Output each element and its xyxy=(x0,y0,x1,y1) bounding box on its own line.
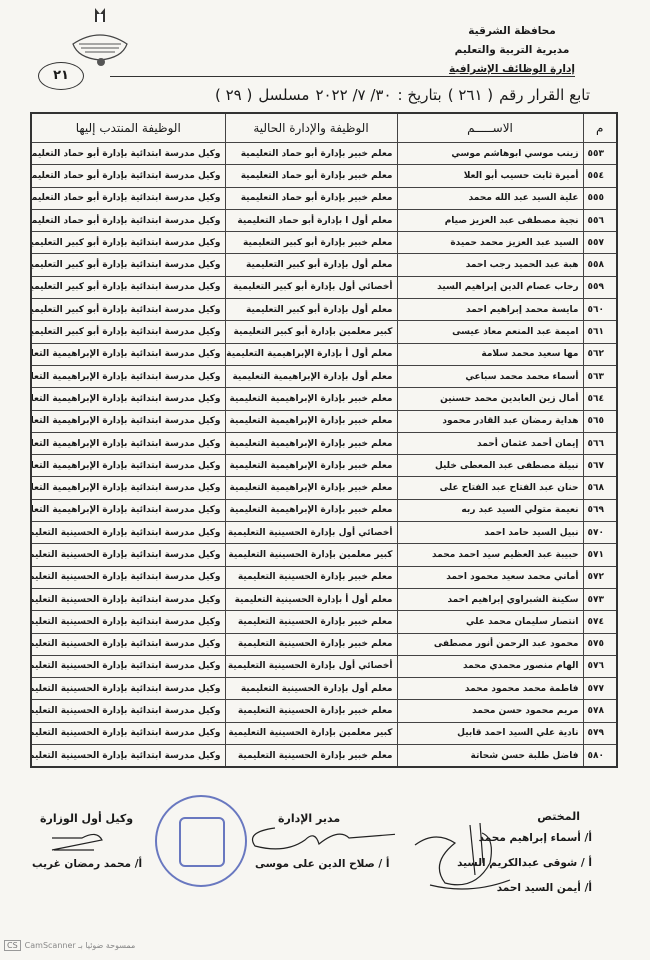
row-number: ٥٦٣ xyxy=(583,365,617,387)
camscanner-text: CamScanner ممسوحة ضوئيا بـ xyxy=(25,941,136,950)
date-label: بتاريخ : xyxy=(398,86,442,104)
column-header-target-job: الوظيفة المنتدب إليها xyxy=(31,113,225,143)
employee-name: نجية مصطفى عبد العزيز صيام xyxy=(397,209,583,231)
assigned-position: وكيل مدرسة ابتدائية بإدارة أبو حماد التع… xyxy=(31,187,225,209)
current-position: معلم أول بإدارة الإبراهيمية التعليمية xyxy=(225,365,397,387)
row-number: ٥٥٤ xyxy=(583,165,617,187)
row-number: ٥٦٤ xyxy=(583,388,617,410)
assigned-position: وكيل مدرسة ابتدائية بإدارة الحسينية التع… xyxy=(31,722,225,744)
table-row: ٥٦٢مها سعيد محمد سلامةمعلم أول أ بإدارة … xyxy=(31,343,617,365)
table-row: ٥٥٨هبة عبد الحميد رجب احمدمعلم أول بإدار… xyxy=(31,254,617,276)
employee-name: مريم محمود حسن محمد xyxy=(397,700,583,722)
table-row: ٥٥٧السيد عبد العزيز محمد حميدةمعلم خبير … xyxy=(31,232,617,254)
row-number: ٥٦٠ xyxy=(583,299,617,321)
current-position: معلم خبير بإدارة الحسينية التعليمية xyxy=(225,633,397,655)
current-position: أخصائي أول بإدارة أبو كبير التعليمية xyxy=(225,276,397,298)
assigned-position: وكيل مدرسة ابتدائية بإدارة الحسينية التع… xyxy=(31,745,225,768)
assigned-position: وكيل مدرسة ابتدائية بإدارة أبو حماد التع… xyxy=(31,165,225,187)
row-number: ٥٥٣ xyxy=(583,143,617,165)
employee-name: الهام منصور محمدي محمد xyxy=(397,655,583,677)
table-row: ٥٦٧نبيلة مصطفى عبد المعطى خليلمعلم خبير … xyxy=(31,455,617,477)
assigned-position: وكيل مدرسة ابتدائية بإدارة الحسينية التع… xyxy=(31,678,225,700)
current-position: أخصائي أول بإدارة الحسينية التعليمية xyxy=(225,522,397,544)
row-number: ٥٨٠ xyxy=(583,745,617,768)
assigned-position: وكيل مدرسة ابتدائية بإدارة الحسينية التع… xyxy=(31,588,225,610)
row-number: ٥٦٨ xyxy=(583,477,617,499)
assignments-table: م الاســـــم الوظيفة والإدارة الحالية ال… xyxy=(30,112,618,768)
table-row: ٥٥٥علية السيد عبد الله محمدمعلم خبير بإد… xyxy=(31,187,617,209)
employee-name: أمال زين العابدين محمد حسنين xyxy=(397,388,583,410)
table-row: ٥٦٥هداية رمضان عبد القادر محمودمعلم خبير… xyxy=(31,410,617,432)
current-position: معلم خبير بإدارة الإبراهيمية التعليمية xyxy=(225,432,397,454)
table-row: ٥٥٣زينب موسي ابوهاشم موسيمعلم خبير بإدار… xyxy=(31,143,617,165)
serial-label: مسلسل xyxy=(258,86,309,104)
employee-name: أميرة ثابت حسيب أبو العلا xyxy=(397,165,583,187)
employee-name: مها سعيد محمد سلامة xyxy=(397,343,583,365)
column-header-current-job: الوظيفة والإدارة الحالية xyxy=(225,113,397,143)
assigned-position: وكيل مدرسة ابتدائية بإدارة الإبراهيمية ا… xyxy=(31,499,225,521)
assigned-position: وكيل مدرسة ابتدائية بإدارة الإبراهيمية ا… xyxy=(31,432,225,454)
employee-name: نادية علي السيد احمد قابيل xyxy=(397,722,583,744)
decision-date: ٣٠/ ٧/ ٢٠٢٢ xyxy=(315,86,391,104)
page-number: ٢١ xyxy=(38,62,84,90)
undersecretary-title: وكيل أول الوزارة xyxy=(40,812,133,825)
table-row: ٥٦١اميمة عبد المنعم معاذ عيسىكبير معلمين… xyxy=(31,321,617,343)
row-number: ٥٦٥ xyxy=(583,410,617,432)
current-position: أخصائي أول بإدارة الحسينية التعليمية xyxy=(225,655,397,677)
table-row: ٥٧٩نادية علي السيد احمد قابيلكبير معلمين… xyxy=(31,722,617,744)
assigned-position: وكيل مدرسة ابتدائية بإدارة أبو كبير التع… xyxy=(31,254,225,276)
row-number: ٥٧٨ xyxy=(583,700,617,722)
employee-name: هداية رمضان عبد القادر محمود xyxy=(397,410,583,432)
table-row: ٥٧٣سكينة الشبراوي إبراهيم احمدمعلم أول أ… xyxy=(31,588,617,610)
employee-name: مايسة محمد إبراهيم احمد xyxy=(397,299,583,321)
employee-name: اميمة عبد المنعم معاذ عيسى xyxy=(397,321,583,343)
row-number: ٥٥٨ xyxy=(583,254,617,276)
current-position: معلم خبير بإدارة الحسينية التعليمية xyxy=(225,745,397,768)
employee-name: رحاب عصام الدين إبراهيم السيد xyxy=(397,276,583,298)
table-row: ٥٧٥محمود عبد الرحمن أنور مصطفىمعلم خبير … xyxy=(31,633,617,655)
row-number: ٥٥٥ xyxy=(583,187,617,209)
assigned-position: وكيل مدرسة ابتدائية بإدارة أبو كبير التع… xyxy=(31,232,225,254)
row-number: ٥٧١ xyxy=(583,544,617,566)
table-row: ٥٦٣أسماء محمد محمد سباعيمعلم أول بإدارة … xyxy=(31,365,617,387)
row-number: ٥٥٦ xyxy=(583,209,617,231)
assigned-position: وكيل مدرسة ابتدائية بإدارة الإبراهيمية ا… xyxy=(31,477,225,499)
undersecretary-name: أ/ محمد رمضان غريب xyxy=(32,858,142,870)
employee-name: إيمان أحمد عثمان أحمد xyxy=(397,432,583,454)
employee-name: نبيل السيد حامد احمد xyxy=(397,522,583,544)
assigned-position: وكيل مدرسة ابتدائية بإدارة الحسينية التع… xyxy=(31,700,225,722)
employee-name: حبيبة عبد العظيم سيد احمد محمد xyxy=(397,544,583,566)
specialist-title: المختص xyxy=(537,810,580,823)
table-row: ٥٦٦إيمان أحمد عثمان أحمدمعلم خبير بإدارة… xyxy=(31,432,617,454)
header-divider xyxy=(110,76,575,77)
table-row: ٥٥٩رحاب عصام الدين إبراهيم السيدأخصائي أ… xyxy=(31,276,617,298)
table-row: ٥٧٨مريم محمود حسن محمدمعلم خبير بإدارة ا… xyxy=(31,700,617,722)
table-header-row: م الاســـــم الوظيفة والإدارة الحالية ال… xyxy=(31,113,617,143)
official-stamp-icon xyxy=(155,795,247,887)
table-row: ٥٧٦الهام منصور محمدي محمدأخصائي أول بإدا… xyxy=(31,655,617,677)
employee-name: انتصار سليمان محمد علي xyxy=(397,611,583,633)
employee-name: محمود عبد الرحمن أنور مصطفى xyxy=(397,633,583,655)
assigned-position: وكيل مدرسة ابتدائية بإدارة الحسينية التع… xyxy=(31,655,225,677)
current-position: معلم خبير بإدارة الحسينية التعليمية xyxy=(225,700,397,722)
row-number: ٥٧٧ xyxy=(583,678,617,700)
current-position: معلم خبير بإدارة الإبراهيمية التعليمية xyxy=(225,410,397,432)
table-row: ٥٦٩نعيمة متولي السيد عبد ربهمعلم خبير بإ… xyxy=(31,499,617,521)
letterhead-governorate: محافظة الشرقية xyxy=(449,22,575,41)
column-header-number: م xyxy=(583,113,617,143)
assigned-position: وكيل مدرسة ابتدائية بإدارة الحسينية التع… xyxy=(31,522,225,544)
current-position: معلم خبير بإدارة أبو حماد التعليمية xyxy=(225,187,397,209)
table-row: ٥٧١حبيبة عبد العظيم سيد احمد محمدكبير مع… xyxy=(31,544,617,566)
assigned-position: وكيل مدرسة ابتدائية بإدارة أبو كبير التع… xyxy=(31,276,225,298)
assigned-position: وكيل مدرسة ابتدائية بإدارة أبو حماد التع… xyxy=(31,143,225,165)
current-position: معلم خبير بإدارة الإبراهيمية التعليمية xyxy=(225,499,397,521)
current-position: معلم أول ا بإدارة أبو حماد التعليمية xyxy=(225,209,397,231)
table-row: ٥٧٢أماني محمد سعيد محمود احمدمعلم خبير ب… xyxy=(31,566,617,588)
current-position: معلم خبير بإدارة الإبراهيمية التعليمية xyxy=(225,455,397,477)
assigned-position: وكيل مدرسة ابتدائية بإدارة الحسينية التع… xyxy=(31,566,225,588)
table-row: ٥٨٠فاضل طلبة حسن شحاتةمعلم خبير بإدارة ا… xyxy=(31,745,617,768)
assigned-position: وكيل مدرسة ابتدائية بإدارة الإبراهيمية ا… xyxy=(31,388,225,410)
row-number: ٥٧٦ xyxy=(583,655,617,677)
employee-name: أسماء محمد محمد سباعي xyxy=(397,365,583,387)
current-position: كبير معلمين بإدارة أبو كبير التعليمية xyxy=(225,321,397,343)
row-number: ٥٦٩ xyxy=(583,499,617,521)
row-number: ٥٧٤ xyxy=(583,611,617,633)
letterhead-directorate: مديرية التربية والتعليم xyxy=(449,41,575,60)
director-name: أ / صلاح الدين على موسى xyxy=(255,858,390,870)
letterhead: محافظة الشرقية مديرية التربية والتعليم إ… xyxy=(449,22,575,79)
director-signature-icon xyxy=(245,822,395,858)
assigned-position: وكيل مدرسة ابتدائية بإدارة الإبراهيمية ا… xyxy=(31,410,225,432)
serial-number: ( ٢٩ ) xyxy=(215,86,252,104)
current-position: معلم خبير بإدارة الإبراهيمية التعليمية xyxy=(225,477,397,499)
employee-name: فاطمة محمد محمود محمد xyxy=(397,678,583,700)
table-row: ٥٦٤أمال زين العابدين محمد حسنينمعلم خبير… xyxy=(31,388,617,410)
employee-name: نعيمة متولي السيد عبد ربه xyxy=(397,499,583,521)
row-number: ٥٧٣ xyxy=(583,588,617,610)
current-position: معلم أول بإدارة الحسينية التعليمية xyxy=(225,678,397,700)
specialist-signature-icon xyxy=(410,815,520,900)
current-position: معلم أول أ بإدارة الإبراهيمية التعليمية xyxy=(225,343,397,365)
table-row: ٥٥٦نجية مصطفى عبد العزيز صياممعلم أول ا … xyxy=(31,209,617,231)
document-page: محافظة الشرقية مديرية التربية والتعليم إ… xyxy=(0,0,650,960)
table-row: ٥٧٠نبيل السيد حامد احمدأخصائي أول بإدارة… xyxy=(31,522,617,544)
current-position: معلم أول بإدارة أبو كبير التعليمية xyxy=(225,299,397,321)
assigned-position: وكيل مدرسة ابتدائية بإدارة أبو كبير التع… xyxy=(31,299,225,321)
row-number: ٥٧٢ xyxy=(583,566,617,588)
current-position: كبير معلمين بإدارة الحسينية التعليمية xyxy=(225,722,397,744)
row-number: ٥٧٠ xyxy=(583,522,617,544)
column-header-name: الاســـــم xyxy=(397,113,583,143)
current-position: معلم خبير بإدارة الحسينية التعليمية xyxy=(225,566,397,588)
employee-name: أماني محمد سعيد محمود احمد xyxy=(397,566,583,588)
current-position: معلم أول بإدارة أبو كبير التعليمية xyxy=(225,254,397,276)
current-position: معلم خبير بإدارة أبو كبير التعليمية xyxy=(225,232,397,254)
assigned-position: وكيل مدرسة ابتدائية بإدارة الإبراهيمية ا… xyxy=(31,343,225,365)
employee-name: فاضل طلبة حسن شحاتة xyxy=(397,745,583,768)
current-position: معلم خبير بإدارة الإبراهيمية التعليمية xyxy=(225,388,397,410)
current-position: معلم أول أ بإدارة الحسينية التعليمية xyxy=(225,588,397,610)
employee-name: علية السيد عبد الله محمد xyxy=(397,187,583,209)
assigned-position: وكيل مدرسة ابتدائية بإدارة الإبراهيمية ا… xyxy=(31,455,225,477)
decision-prefix: تابع القرار رقم xyxy=(499,86,590,104)
row-number: ٥٦٢ xyxy=(583,343,617,365)
camscanner-watermark: CSCamScanner ممسوحة ضوئيا بـ xyxy=(4,940,135,951)
assigned-position: وكيل مدرسة ابتدائية بإدارة أبو حماد التع… xyxy=(31,209,225,231)
decision-line: تابع القرار رقم( ٢٦١ )بتاريخ :٣٠/ ٧/ ٢٠٢… xyxy=(209,86,590,104)
employee-name: حنان عبد الفتاح عبد الفتاح على xyxy=(397,477,583,499)
row-number: ٥٦٦ xyxy=(583,432,617,454)
row-number: ٥٥٧ xyxy=(583,232,617,254)
row-number: ٥٧٩ xyxy=(583,722,617,744)
row-number: ٥٥٩ xyxy=(583,276,617,298)
camscanner-badge-icon: CS xyxy=(4,940,21,951)
employee-name: السيد عبد العزيز محمد حميدة xyxy=(397,232,583,254)
decision-number: ( ٢٦١ ) xyxy=(448,86,493,104)
assigned-position: وكيل مدرسة ابتدائية بإدارة الحسينية التع… xyxy=(31,611,225,633)
table-row: ٥٦٨حنان عبد الفتاح عبد الفتاح علىمعلم خب… xyxy=(31,477,617,499)
undersecretary-signature-icon xyxy=(42,828,112,856)
current-position: كبير معلمين بإدارة الحسينية التعليمية xyxy=(225,544,397,566)
assigned-position: وكيل مدرسة ابتدائية بإدارة الإبراهيمية ا… xyxy=(31,365,225,387)
row-number: ٥٧٥ xyxy=(583,633,617,655)
assigned-position: وكيل مدرسة ابتدائية بإدارة الحسينية التع… xyxy=(31,544,225,566)
assigned-position: وكيل مدرسة ابتدائية بإدارة الحسينية التع… xyxy=(31,633,225,655)
assigned-position: وكيل مدرسة ابتدائية بإدارة أبو كبير التع… xyxy=(31,321,225,343)
table-row: ٥٧٤انتصار سليمان محمد عليمعلم خبير بإدار… xyxy=(31,611,617,633)
employee-name: زينب موسي ابوهاشم موسي xyxy=(397,143,583,165)
row-number: ٥٦١ xyxy=(583,321,617,343)
table-row: ٥٧٧فاطمة محمد محمود محمدمعلم أول بإدارة … xyxy=(31,678,617,700)
employee-name: هبة عبد الحميد رجب احمد xyxy=(397,254,583,276)
table-row: ٥٥٤أميرة ثابت حسيب أبو العلامعلم خبير بإ… xyxy=(31,165,617,187)
current-position: معلم خبير بإدارة أبو حماد التعليمية xyxy=(225,165,397,187)
table-row: ٥٦٠مايسة محمد إبراهيم احمدمعلم أول بإدار… xyxy=(31,299,617,321)
current-position: معلم خبير بإدارة أبو حماد التعليمية xyxy=(225,143,397,165)
employee-name: سكينة الشبراوي إبراهيم احمد xyxy=(397,588,583,610)
employee-name: نبيلة مصطفى عبد المعطى خليل xyxy=(397,455,583,477)
current-position: معلم خبير بإدارة الحسينية التعليمية xyxy=(225,611,397,633)
row-number: ٥٦٧ xyxy=(583,455,617,477)
